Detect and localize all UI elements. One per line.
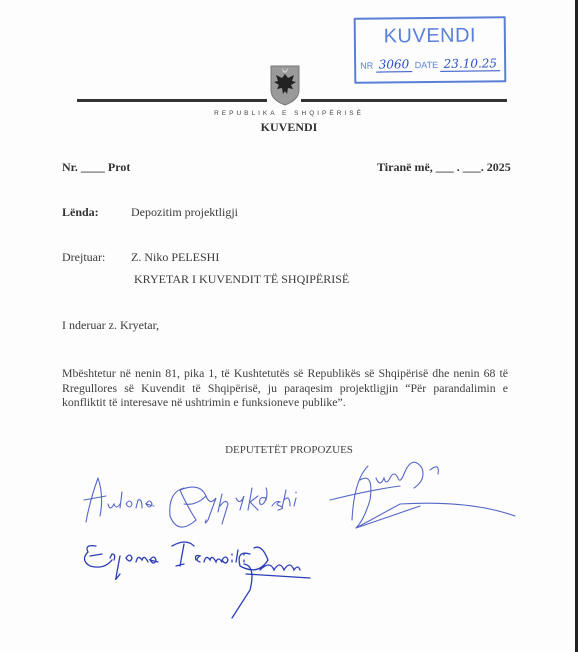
document-page: KUVENDI NR 3060 DATE 23.10.25 REPUBLIKA …	[0, 0, 575, 652]
signature-erjona-ismaili	[0, 0, 578, 652]
